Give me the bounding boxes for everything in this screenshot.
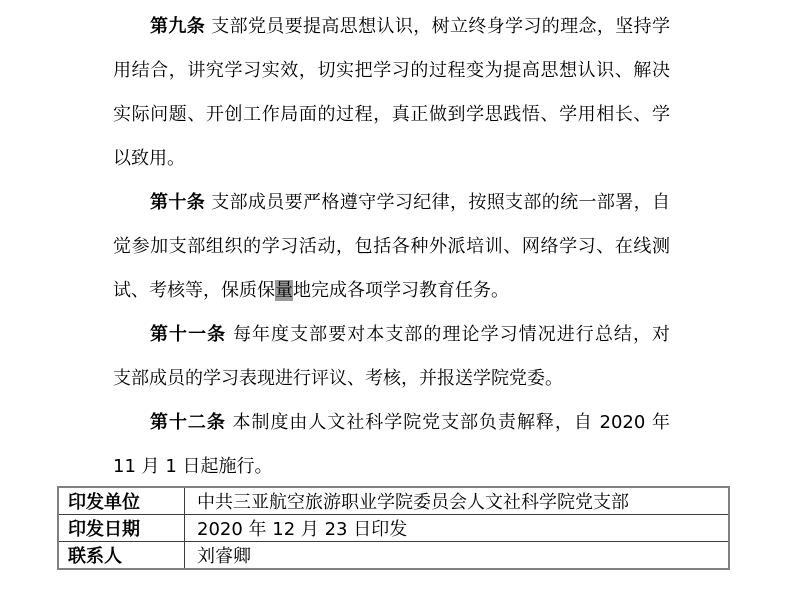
text-line: 觉参加支部组织的学习活动，包括各种外派培训、网络学习、在线测 xyxy=(113,225,670,269)
issuance-info-table: 印发单位 中共三亚航空旅游职业学院委员会人文社科学院党支部 印发日期 2020 … xyxy=(57,486,730,570)
article-text: 试、考核等，保质保 xyxy=(113,280,275,301)
text-line: 11 月 1 日起施行。 xyxy=(113,445,670,489)
text-line: 试、考核等，保质保量地完成各项学习教育任务。 xyxy=(113,269,670,313)
text-line: 支部成员的学习表现进行评议、考核，并报送学院党委。 xyxy=(113,357,670,401)
table-row-issue-date: 印发日期 2020 年 12 月 23 日印发 xyxy=(58,515,729,542)
article-paragraph-9: 第九条 支部党员要提高思想认识，树立终身学习的理念，坚持学 用结合，讲究学习实效… xyxy=(113,5,670,181)
table-label-cell: 联系人 xyxy=(58,542,185,570)
text-line: 以致用。 xyxy=(113,137,670,181)
text-line: 第十一条 每年度支部要对本支部的理论学习情况进行总结，对 xyxy=(113,313,670,357)
table-row-contact-person: 联系人 刘睿卿 xyxy=(58,542,729,570)
article-text: 支部成员要严格遵守学习纪律，按照支部的统一部署，自 xyxy=(205,192,670,213)
article-number: 第九条 xyxy=(150,16,205,37)
table-label-cell: 印发日期 xyxy=(58,515,185,542)
text-line: 用结合，讲究学习实效，切实把学习的过程变为提高思想认识、解决 xyxy=(113,49,670,93)
article-text: 地完成各项学习教育任务。 xyxy=(293,280,509,301)
article-paragraph-10: 第十条 支部成员要严格遵守学习纪律，按照支部的统一部署，自 觉参加支部组织的学习… xyxy=(113,181,670,313)
article-paragraph-11: 第十一条 每年度支部要对本支部的理论学习情况进行总结，对 支部成员的学习表现进行… xyxy=(113,313,670,401)
article-text: 本制度由人文社科学院党支部负责解释，自 2020 年 xyxy=(226,412,670,433)
article-number: 第十一条 xyxy=(150,324,226,345)
text-line: 实际问题、开创工作局面的过程，真正做到学思践悟、学用相长、学 xyxy=(113,93,670,137)
table-label-cell: 印发单位 xyxy=(58,487,185,515)
article-paragraph-12: 第十二条 本制度由人文社科学院党支部负责解释，自 2020 年 11 月 1 日… xyxy=(113,401,670,489)
table-value-cell: 2020 年 12 月 23 日印发 xyxy=(185,515,730,542)
text-line: 第十二条 本制度由人文社科学院党支部负责解释，自 2020 年 xyxy=(113,401,670,445)
article-number: 第十二条 xyxy=(150,412,226,433)
text-line: 第九条 支部党员要提高思想认识，树立终身学习的理念，坚持学 xyxy=(113,5,670,49)
table-row-issuing-unit: 印发单位 中共三亚航空旅游职业学院委员会人文社科学院党支部 xyxy=(58,487,729,515)
highlighted-character: 量 xyxy=(275,280,293,301)
table-value-cell: 中共三亚航空旅游职业学院委员会人文社科学院党支部 xyxy=(185,487,730,515)
article-number: 第十条 xyxy=(150,192,205,213)
table-value-cell: 刘睿卿 xyxy=(185,542,730,570)
document-body: 第九条 支部党员要提高思想认识，树立终身学习的理念，坚持学 用结合，讲究学习实效… xyxy=(113,5,670,489)
article-text: 每年度支部要对本支部的理论学习情况进行总结，对 xyxy=(226,324,670,345)
text-line: 第十条 支部成员要严格遵守学习纪律，按照支部的统一部署，自 xyxy=(113,181,670,225)
article-text: 支部党员要提高思想认识，树立终身学习的理念，坚持学 xyxy=(205,16,670,37)
